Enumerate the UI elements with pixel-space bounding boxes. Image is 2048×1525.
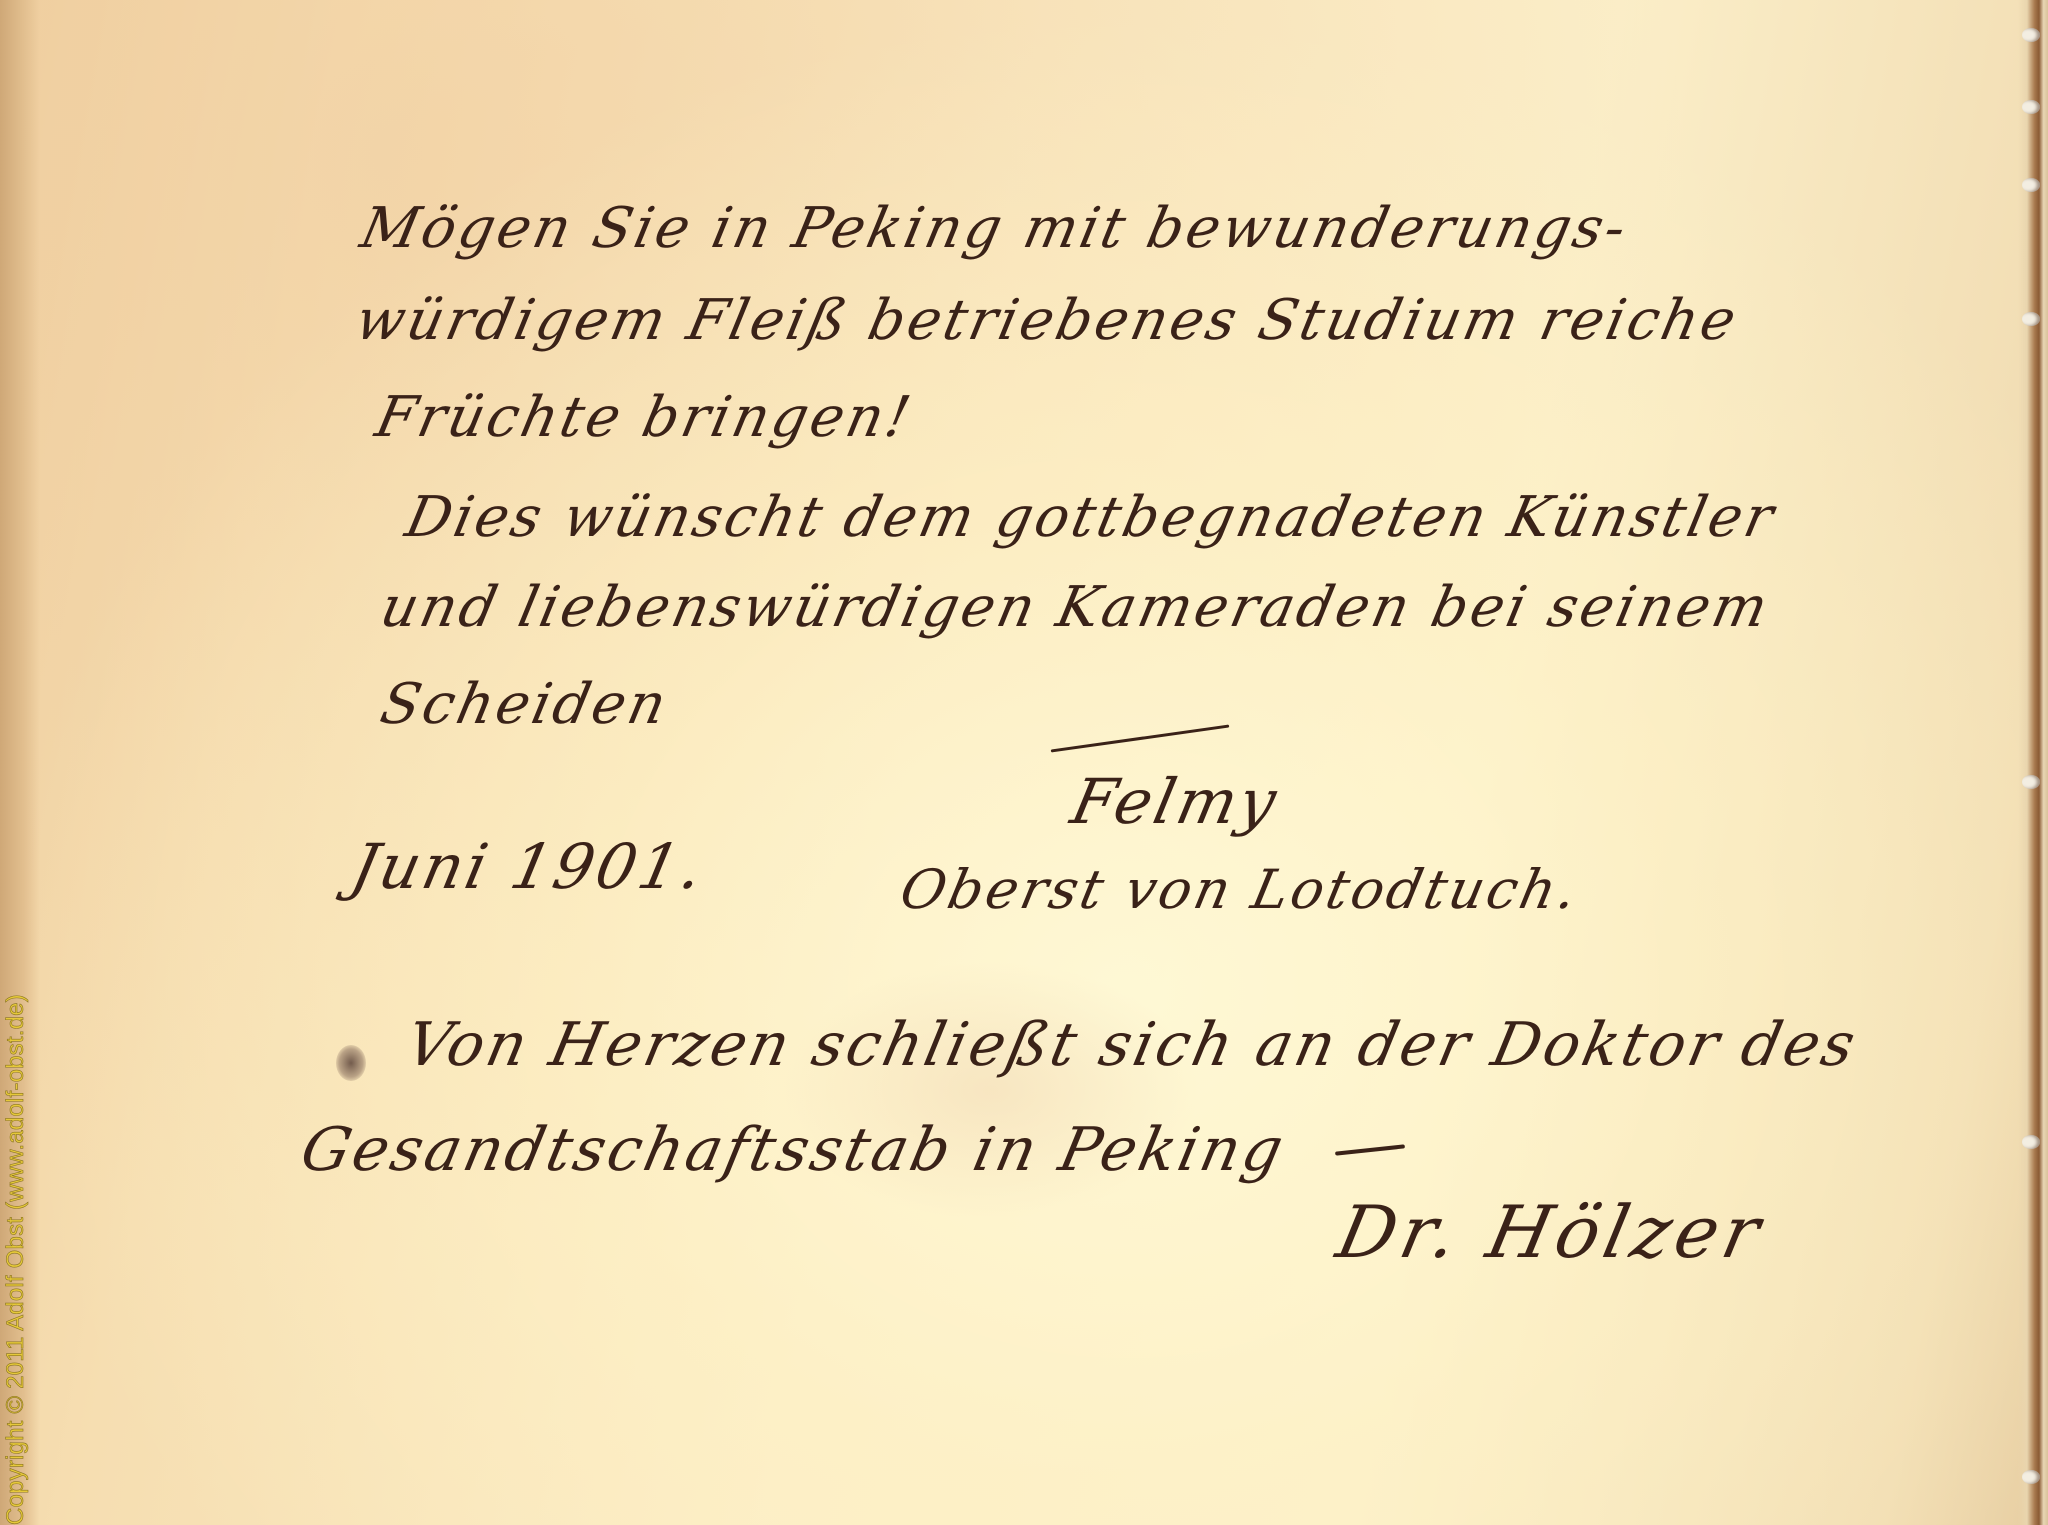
entry1-line-4: Dies wünscht dem gottbegnadeten Künstler [400, 485, 1782, 550]
album-page: Mögen Sie in Peking mit bewunderungs- wü… [0, 0, 2048, 1525]
binding-notch [2022, 100, 2040, 114]
binding-notch [2022, 178, 2040, 192]
copyright-watermark: Copyright © 2011 Adolf Obst (www.adolf-o… [2, 900, 32, 1525]
entry1-line-6: Scheiden [375, 672, 675, 737]
entry1-line-3: Früchte bringen! [370, 385, 919, 450]
entry1-line-2: würdigem Fleiß betriebenes Studium reich… [350, 288, 1744, 353]
signatory-title: Oberst von Lotodtuch. [895, 858, 1585, 921]
entry1-line-1: Mögen Sie in Peking mit bewunderungs- [355, 196, 1634, 261]
binding-notch [2022, 775, 2040, 789]
binding-notch [2022, 1135, 2040, 1149]
binding-notch [2022, 1470, 2040, 1484]
entry-date: Juni 1901. [345, 830, 712, 903]
binding-notch [2022, 312, 2040, 326]
signature-flourish [1335, 1144, 1405, 1155]
signature-felmy: Felmy [1065, 765, 1285, 838]
page-binding-edge [2018, 0, 2048, 1525]
ink-blot [336, 1045, 366, 1081]
entry1-line-5: und liebenswürdigen Kameraden bei seinem [375, 575, 1776, 640]
signature-flourish [1051, 724, 1230, 752]
entry2-line-1: Von Herzen schließt sich an der Doktor d… [400, 1010, 1864, 1080]
signature-hoelzer: Dr. Hölzer [1330, 1190, 1772, 1274]
entry2-line-2: Gesandtschaftsstab in Peking [295, 1115, 1292, 1185]
binding-notch [2022, 28, 2040, 42]
